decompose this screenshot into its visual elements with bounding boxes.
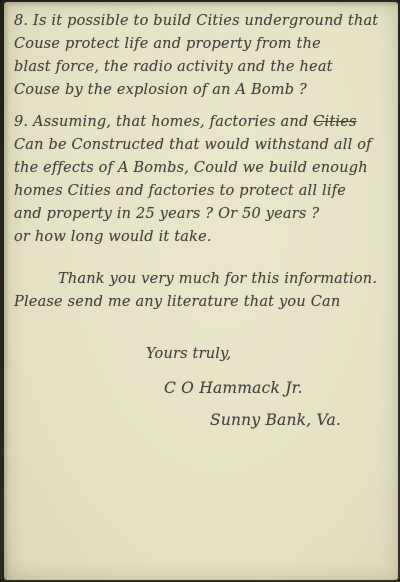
letter-line: Couse protect life and property from the [14,33,392,56]
letter-line-text: 9. Assuming, that homes, factories and [14,114,313,130]
question-8-paragraph: 8. Is it possible to build Cities underg… [14,10,392,102]
signature-place: Sunny Bank, Va. [14,409,392,432]
letter-line: 8. Is it possible to build Cities underg… [14,10,392,33]
letter-line: or how long would it take. [14,226,392,249]
letter-line: homes Cities and factories to protect al… [14,180,392,203]
letter-line: Can be Constructed that would withstand … [14,134,392,157]
letter-paper: 8. Is it possible to build Cities underg… [4,2,398,580]
struck-word: Cities [313,114,356,130]
signature-name: C O Hammack Jr. [14,377,392,400]
closing-block: Yours truly, C O Hammack Jr. Sunny Bank,… [14,343,392,432]
signoff: Yours truly, [14,343,392,366]
letter-line: and property in 25 years ? Or 50 years ? [14,203,392,226]
letter-line: blast force, the radio activity and the … [14,56,392,79]
letter-line: Couse by the explosion of an A Bomb ? [14,79,392,102]
letter-line: the effects of A Bombs, Could we build e… [14,157,392,180]
letter-photo: 8. Is it possible to build Cities underg… [0,0,400,582]
letter-line: Please send me any literature that you C… [14,291,392,314]
question-9-paragraph: 9. Assuming, that homes, factories and C… [14,111,392,249]
thanks-paragraph: Thank you very much for this information… [14,268,392,314]
letter-body: 8. Is it possible to build Cities underg… [14,10,392,432]
letter-line: 9. Assuming, that homes, factories and C… [14,111,392,134]
letter-line: Thank you very much for this information… [14,268,392,291]
